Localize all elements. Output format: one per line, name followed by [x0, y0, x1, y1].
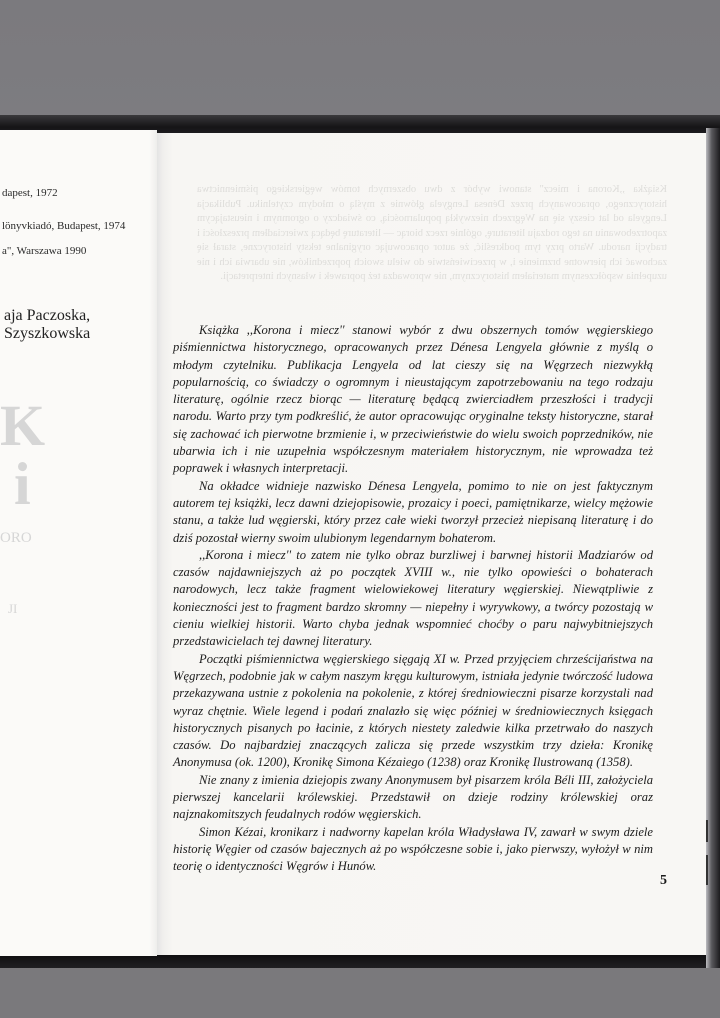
bleed-through-title-letter: i	[14, 450, 31, 519]
left-page: dapest, 1972 lönyvkiadó, Budapest, 1974 …	[0, 130, 157, 956]
page-number: 5	[660, 873, 667, 889]
imprint-line: a", Warszawa 1990	[2, 245, 86, 257]
paragraph: ,,Korona i miecz'' to zatem nie tylko ob…	[173, 547, 653, 651]
page-edge-mark	[706, 855, 708, 885]
bleed-through-title-text: ORO	[0, 530, 32, 547]
book-cover-right-edge	[706, 128, 720, 968]
book-cover-bottom-edge	[0, 954, 720, 968]
bleed-through-title-letter: K	[0, 392, 45, 459]
scanner-background	[0, 965, 720, 1018]
paragraph: Simon Kézai, kronikarz i nadworny kapela…	[173, 824, 653, 876]
paragraph: Na okładce widnieje nazwisko Dénesa Leng…	[173, 478, 653, 547]
bleed-text: Książka ,,Korona i miecz'' stanowi wybór…	[197, 184, 667, 282]
paragraph: Początki piśmiennictwa węgierskiego sięg…	[173, 651, 653, 772]
right-page: Książka ,,Korona i miecz'' stanowi wybór…	[157, 133, 706, 955]
reverse-side-bleed-through: Książka ,,Korona i miecz'' stanowi wybór…	[197, 183, 667, 285]
translator-name: Szyszkowska	[4, 325, 90, 343]
paragraph: Nie znany z imienia dziejopis zwany Anon…	[173, 772, 653, 824]
paragraph: Książka ,,Korona i miecz'' stanowi wybór…	[173, 322, 653, 478]
bleed-through-title-text: JI	[8, 601, 17, 617]
translator-name: aja Paczoska,	[4, 307, 90, 325]
page-edge-mark	[706, 820, 708, 842]
imprint-line: lönyvkiadó, Budapest, 1974	[2, 220, 125, 232]
spine-shadow	[149, 130, 157, 956]
page-body-text: Książka ,,Korona i miecz'' stanowi wybór…	[173, 322, 653, 876]
imprint-line: dapest, 1972	[2, 187, 58, 199]
